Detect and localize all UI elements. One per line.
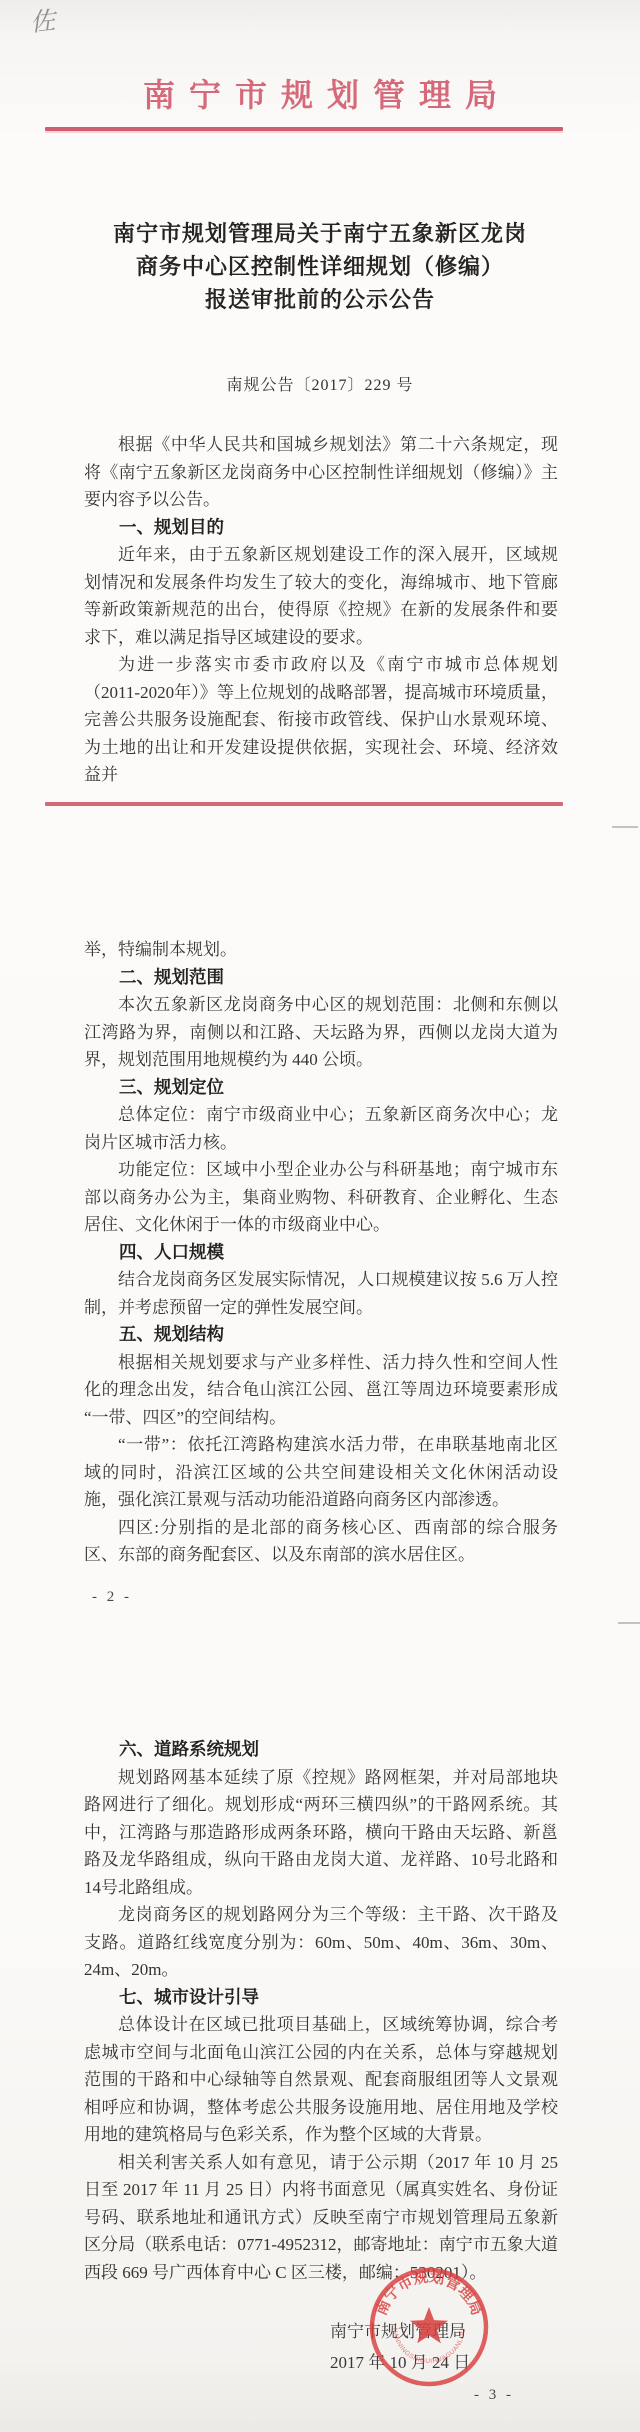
document-number: 南规公告〔2017〕229 号 bbox=[0, 372, 640, 395]
paragraph: 近年来，由于五象新区规划建设工作的深入展开，区域规划情况和发展条件均发生了较大的… bbox=[84, 541, 558, 651]
paragraph: “一带”：依托江湾路构建滨水活力带，在串联基地南北区域的同时，沿滨江区域的公共空… bbox=[84, 1431, 558, 1514]
document-title-line-3: 报送审批前的公示公告 bbox=[0, 283, 640, 316]
page-number-3: - 3 - bbox=[474, 2387, 514, 2404]
letterhead-rule bbox=[45, 127, 563, 131]
paragraph: 总体设计在区域已批项目基础上，区域统筹协调，综合考虑城市空间与北面龟山滨江公园的… bbox=[84, 2011, 558, 2149]
document-title-line-1: 南宁市规划管理局关于南宁五象新区龙岗 bbox=[0, 217, 640, 250]
body-page-1: 根据《中华人民共和国城乡规划法》第二十六条规定，现将《南宁五象新区龙岗商务中心区… bbox=[84, 431, 558, 789]
paragraph: 结合龙岗商务区发展实际情况，人口规模建议按 5.6 万人控制，并考虑预留一定的弹… bbox=[84, 1266, 558, 1321]
paragraph: 龙岗商务区的规划路网分为三个等级：主干路、次干路及支路。道路红线宽度分别为：60… bbox=[84, 1901, 558, 1984]
section-heading-7: 七、城市设计引导 bbox=[84, 1984, 558, 2012]
section-heading-5: 五、规划结构 bbox=[84, 1321, 558, 1349]
section-heading-3: 三、规划定位 bbox=[84, 1074, 558, 1102]
section-heading-1: 一、规划目的 bbox=[84, 514, 558, 542]
document-title-line-2: 商务中心区控制性详细规划（修编） bbox=[0, 250, 640, 283]
paragraph: 本次五象新区龙岗商务中心区的规划范围：北侧和东侧以江湾路为界，南侧以和江路、天坛… bbox=[84, 991, 558, 1074]
section-heading-2: 二、规划范围 bbox=[84, 964, 558, 992]
paragraph: 规划路网基本延续了原《控规》路网框架，并对局部地块路网进行了细化。规划形成“两环… bbox=[84, 1764, 558, 1902]
edge-mark bbox=[612, 826, 638, 828]
page-break-rule bbox=[45, 802, 563, 806]
body-page-3: 六、道路系统规划 规划路网基本延续了原《控规》路网框架，并对局部地块路网进行了细… bbox=[84, 1736, 558, 2286]
section-heading-6: 六、道路系统规划 bbox=[84, 1736, 558, 1764]
paragraph: 根据相关规划要求与产业多样性、活力持久性和空间人性化的理念出发，结合龟山滨江公园… bbox=[84, 1349, 558, 1432]
scanned-document-page: 佐 南宁市规划管理局 南宁市规划管理局关于南宁五象新区龙岗 商务中心区控制性详细… bbox=[0, 0, 640, 2432]
paragraph: 功能定位：区域中小型企业办公与科研基地；南宁城市东部以商务办公为主，集商业购物、… bbox=[84, 1156, 558, 1239]
paragraph-intro: 根据《中华人民共和国城乡规划法》第二十六条规定，现将《南宁五象新区龙岗商务中心区… bbox=[84, 431, 558, 514]
paragraph-continuation: 举，特编制本规划。 bbox=[84, 936, 558, 964]
section-heading-4: 四、人口规模 bbox=[84, 1239, 558, 1267]
letterhead-title: 南宁市规划管理局 bbox=[0, 70, 640, 116]
body-page-2: 举，特编制本规划。 二、规划范围 本次五象新区龙岗商务中心区的规划范围：北侧和东… bbox=[84, 936, 558, 1569]
seal-star-icon bbox=[410, 2307, 448, 2343]
paragraph: 总体定位：南宁市级商业中心；五象新区商务次中心；龙岗片区城市活力核。 bbox=[84, 1101, 558, 1156]
document-title: 南宁市规划管理局关于南宁五象新区龙岗 商务中心区控制性详细规划（修编） 报送审批… bbox=[0, 217, 640, 316]
paragraph: 为进一步落实市委市政府以及《南宁市城市总体规划（2011-2020年）》等上位规… bbox=[84, 651, 558, 789]
page-number-2: - 2 - bbox=[92, 1589, 132, 1606]
handwritten-mark: 佐 bbox=[28, 1, 57, 39]
edge-mark bbox=[618, 1622, 640, 1624]
paragraph: 四区:分别指的是北部的商务核心区、西南部的综合服务区、东部的商务配套区、以及东南… bbox=[84, 1514, 558, 1569]
official-seal: 南宁市规划管理局 NANNINGSHIGUIHUAGUANLIJU bbox=[366, 2264, 492, 2390]
